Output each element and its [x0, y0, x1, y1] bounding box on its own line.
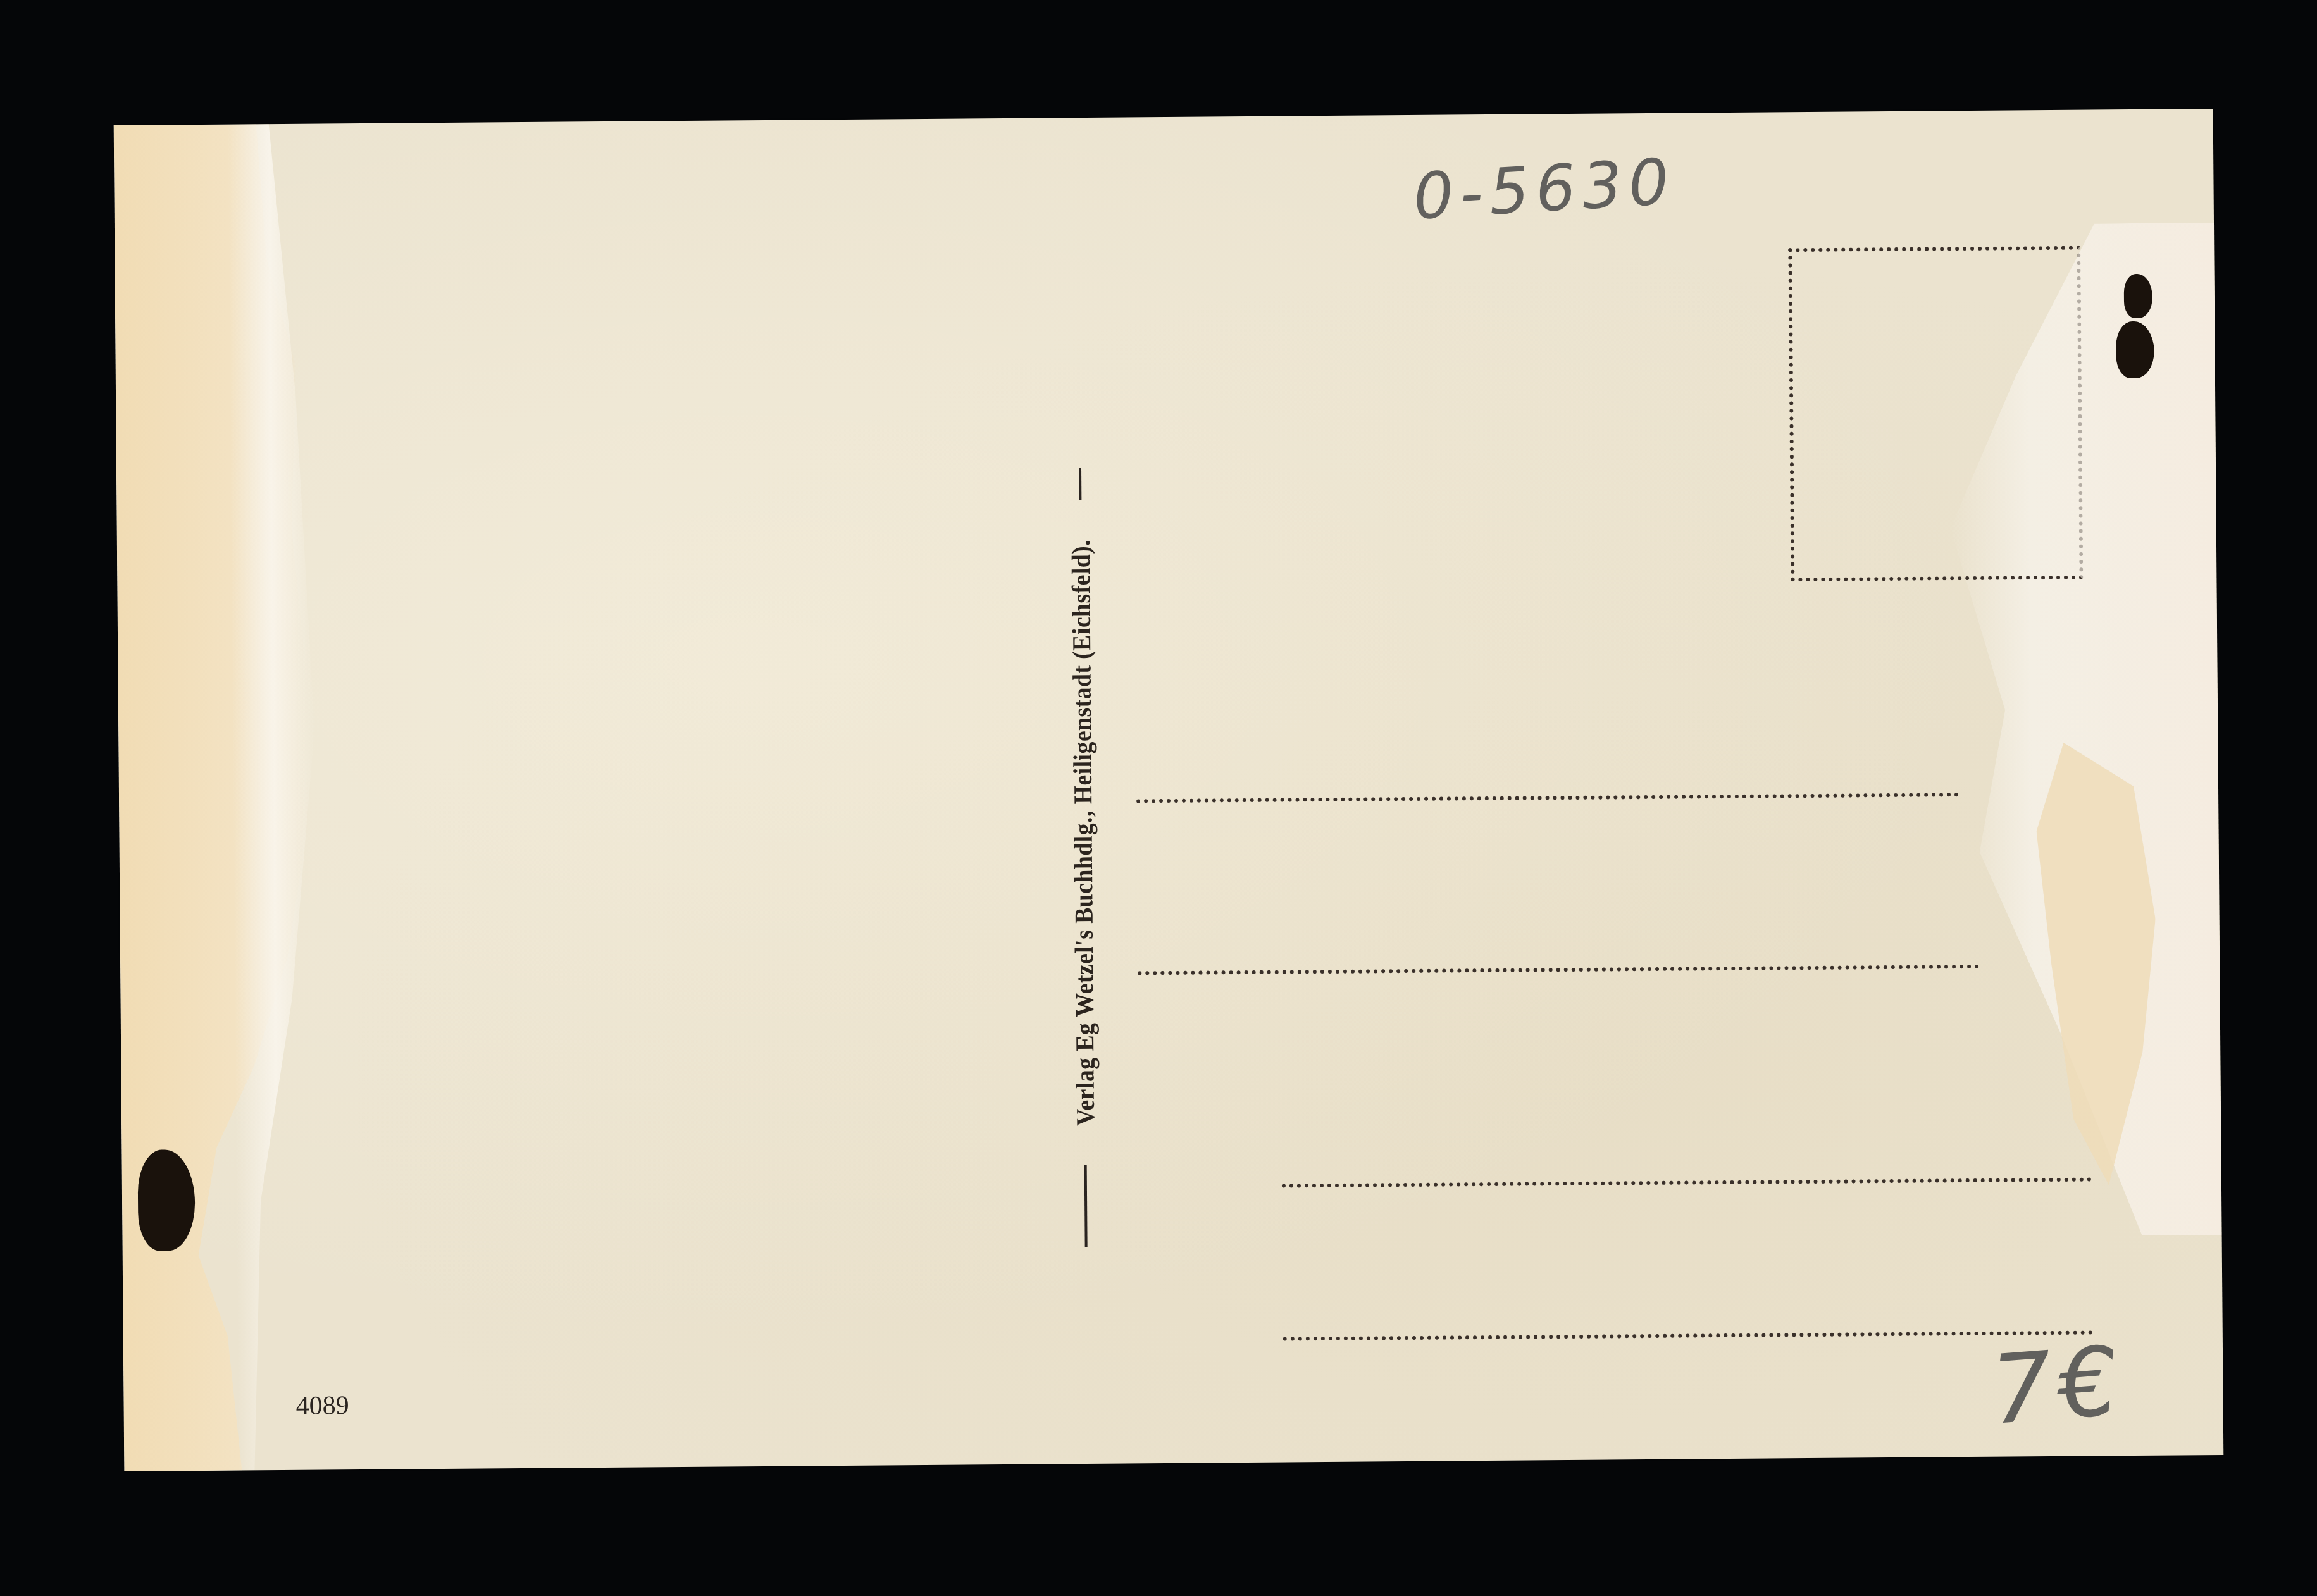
handwritten-price: 7€: [1987, 1326, 2129, 1446]
imprint-rule-left: [1084, 1165, 1088, 1247]
address-line-2: [1138, 965, 1979, 975]
handwritten-inventory-number: 0-5630: [1411, 144, 1677, 234]
postcard-back: 0-5630 Verlag Eg Wetzel's Buchhdlg., Hei…: [114, 109, 2224, 1471]
torn-paper-left-highlight: [228, 124, 321, 1471]
address-line-1: [1136, 793, 1959, 803]
stamp-box: [1788, 246, 2083, 582]
imprint-rule-right: [1079, 468, 1081, 500]
address-line-3: [1282, 1178, 2092, 1188]
address-line-4: [1283, 1331, 2093, 1341]
publisher-imprint: Verlag Eg Wetzel's Buchhdlg., Heiligenst…: [1060, 320, 1106, 1395]
publisher-imprint-text: Verlag Eg Wetzel's Buchhdlg., Heiligenst…: [1065, 539, 1100, 1125]
printed-card-number: 4089: [295, 1390, 349, 1421]
